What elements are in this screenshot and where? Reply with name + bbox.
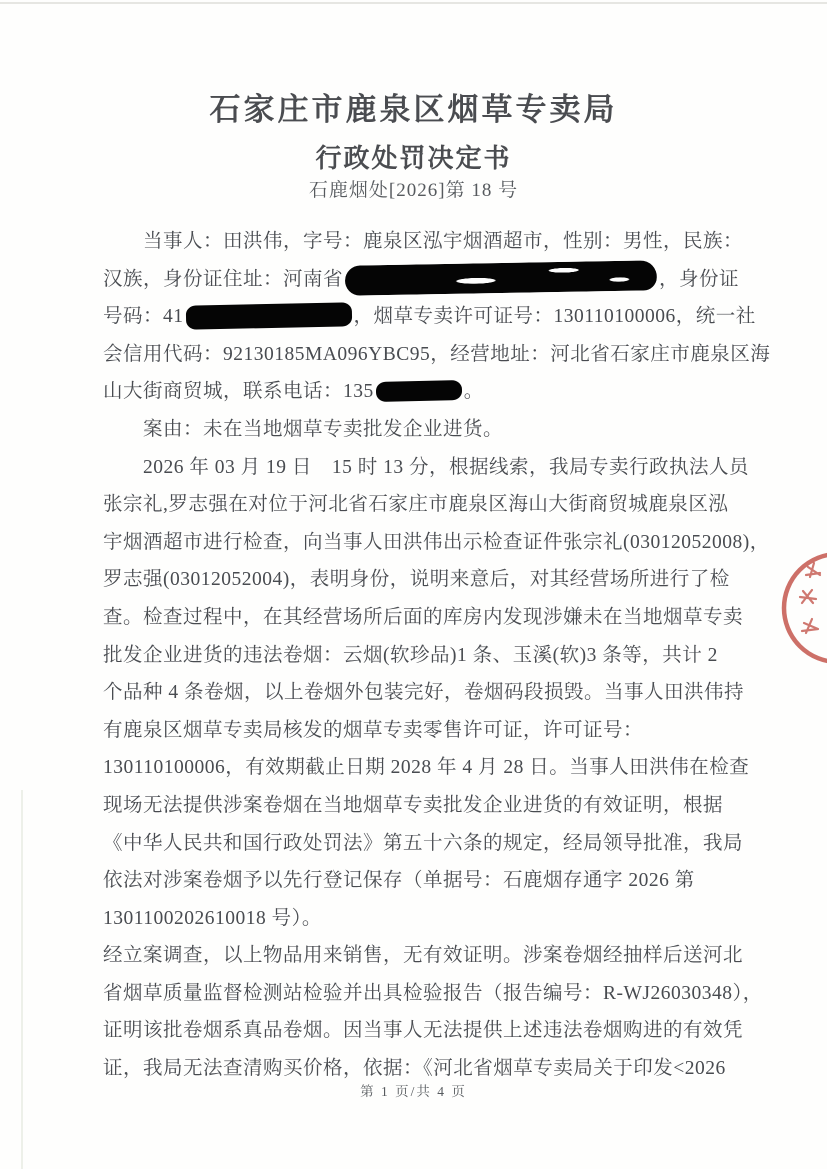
body-line: 经立案调查，以上物品用来销售，无有效证明。涉案卷烟经抽样后送河北	[103, 937, 763, 975]
body-line: 案由：未在当地烟草专卖批发企业进货。	[103, 411, 763, 449]
body-line: 山大街商贸城，联系电话：135。	[103, 373, 763, 411]
body-text: ，身份证	[659, 269, 739, 290]
body-text: 当事人：田洪伟，字号：鹿泉区泓宇烟酒超市，性别：男性，民族：	[143, 231, 743, 252]
body-text: 证明该批卷烟系真品卷烟。因当事人无法提供上述违法卷烟购进的有效凭	[103, 1020, 743, 1041]
body-line: 罗志强(03012052004)，表明身份，说明来意后，对其经营场所进行了检	[103, 561, 763, 599]
body-text: ，烟草专卖许可证号：130110100006，统一社	[354, 306, 756, 327]
body-text: 会信用代码：92130185MA096YBC95，经营地址：河北省石家庄市鹿泉区…	[103, 344, 770, 365]
body-text: 案由：未在当地烟草专卖批发企业进货。	[143, 419, 503, 440]
body-line: 查。检查过程中，在其经营场所后面的库房内发现涉嫌未在当地烟草专卖	[103, 599, 763, 637]
body-text: 批发企业进货的违法卷烟：云烟(软珍品)1 条、玉溪(软)3 条等，共计 2	[103, 645, 718, 666]
body-text: 2026 年 03 月 19 日 15 时 13 分，根据线索，我局专卖行政执法…	[143, 457, 749, 478]
body-text: 证，我局无法查清购买价格，依据：《河北省烟草专卖局关于印发<2026	[103, 1058, 726, 1079]
body-text: 张宗礼,罗志强在对位于河北省石家庄市鹿泉区海山大街商贸城鹿泉区泓	[103, 494, 728, 515]
body-text: 罗志强(03012052004)，表明身份，说明来意后，对其经营场所进行了检	[103, 569, 730, 590]
body-line: 省烟草质量监督检测站检验并出具检验报告（报告编号：R-WJ26030348），	[103, 975, 763, 1013]
body-line: 张宗礼,罗志强在对位于河北省石家庄市鹿泉区海山大街商贸城鹿泉区泓	[103, 486, 763, 524]
redaction-bar	[185, 302, 351, 329]
body-line: 依法对涉案卷烟予以先行登记保存（单据号：石鹿烟存通字 2026 第	[103, 862, 763, 900]
body-text: 查。检查过程中，在其经营场所后面的库房内发现涉嫌未在当地烟草专卖	[103, 607, 743, 628]
body-text: 经立案调查，以上物品用来销售，无有效证明。涉案卷烟经抽样后送河北	[103, 945, 743, 966]
body-text: 个品种 4 条卷烟，以上卷烟外包装完好，卷烟码段损毁。当事人田洪伟持	[103, 682, 744, 703]
document-page: 石家庄市鹿泉区烟草专卖局 行政处罚决定书 石鹿烟处[2026]第 18 号 当事…	[0, 0, 827, 1169]
body-line: 号码：41，烟草专卖许可证号：130110100006，统一社	[103, 298, 763, 336]
body-text: 山大街商贸城，联系电话：135	[103, 381, 374, 402]
redaction-bar	[376, 380, 462, 402]
body-line: 130110100006，有效期截止日期 2028 年 4 月 28 日。当事人…	[103, 749, 763, 787]
body-line: 汉族，身份证住址：河南省，身份证	[103, 261, 763, 299]
document-number: 石鹿烟处[2026]第 18 号	[0, 175, 827, 202]
org-title: 石家庄市鹿泉区烟草专卖局	[0, 84, 827, 129]
document-body: 当事人：田洪伟，字号：鹿泉区泓宇烟酒超市，性别：男性，民族：汉族，身份证住址：河…	[103, 223, 763, 1088]
body-line: 当事人：田洪伟，字号：鹿泉区泓宇烟酒超市，性别：男性，民族：	[103, 223, 763, 261]
body-text: 宇烟酒超市进行检查，向当事人田洪伟出示检查证件张宗礼(03012052008)，	[103, 532, 770, 553]
document-type-title: 行政处罚决定书	[0, 138, 827, 175]
page-footer: 第 1 页/共 4 页	[0, 1080, 827, 1100]
body-text: 《中华人民共和国行政处罚法》第五十六条的规定，经局领导批准，我局	[103, 833, 743, 854]
body-text: 130110100006，有效期截止日期 2028 年 4 月 28 日。当事人…	[103, 757, 749, 778]
official-seal-icon	[770, 535, 827, 695]
body-text: 依法对涉案卷烟予以先行登记保存（单据号：石鹿烟存通字 2026 第	[103, 870, 695, 891]
body-text: 1301100202610018 号）。	[103, 908, 322, 929]
body-text: 。	[464, 381, 484, 402]
body-line: 2026 年 03 月 19 日 15 时 13 分，根据线索，我局专卖行政执法…	[103, 449, 763, 487]
body-text: 有鹿泉区烟草专卖局核发的烟草专卖零售许可证，许可证号：	[103, 720, 643, 741]
body-line: 宇烟酒超市进行检查，向当事人田洪伟出示检查证件张宗礼(03012052008)，	[103, 524, 763, 562]
body-text: 省烟草质量监督检测站检验并出具检验报告（报告编号：R-WJ26030348），	[103, 983, 763, 1004]
body-line: 现场无法提供涉案卷烟在当地烟草专卖批发企业进货的有效证明，根据	[103, 787, 763, 825]
body-line: 有鹿泉区烟草专卖局核发的烟草专卖零售许可证，许可证号：	[103, 712, 763, 750]
body-text: 汉族，身份证住址：河南省	[103, 269, 343, 290]
body-line: 会信用代码：92130185MA096YBC95，经营地址：河北省石家庄市鹿泉区…	[103, 336, 763, 374]
body-line: 1301100202610018 号）。	[103, 900, 763, 938]
body-line: 个品种 4 条卷烟，以上卷烟外包装完好，卷烟码段损毁。当事人田洪伟持	[103, 674, 763, 712]
body-text: 现场无法提供涉案卷烟在当地烟草专卖批发企业进货的有效证明，根据	[103, 795, 723, 816]
body-line: 批发企业进货的违法卷烟：云烟(软珍品)1 条、玉溪(软)3 条等，共计 2	[103, 637, 763, 675]
body-text: 号码：41	[103, 306, 184, 327]
body-line: 证明该批卷烟系真品卷烟。因当事人无法提供上述违法卷烟购进的有效凭	[103, 1012, 763, 1050]
redaction-bar	[344, 260, 658, 295]
body-line: 《中华人民共和国行政处罚法》第五十六条的规定，经局领导批准，我局	[103, 825, 763, 863]
